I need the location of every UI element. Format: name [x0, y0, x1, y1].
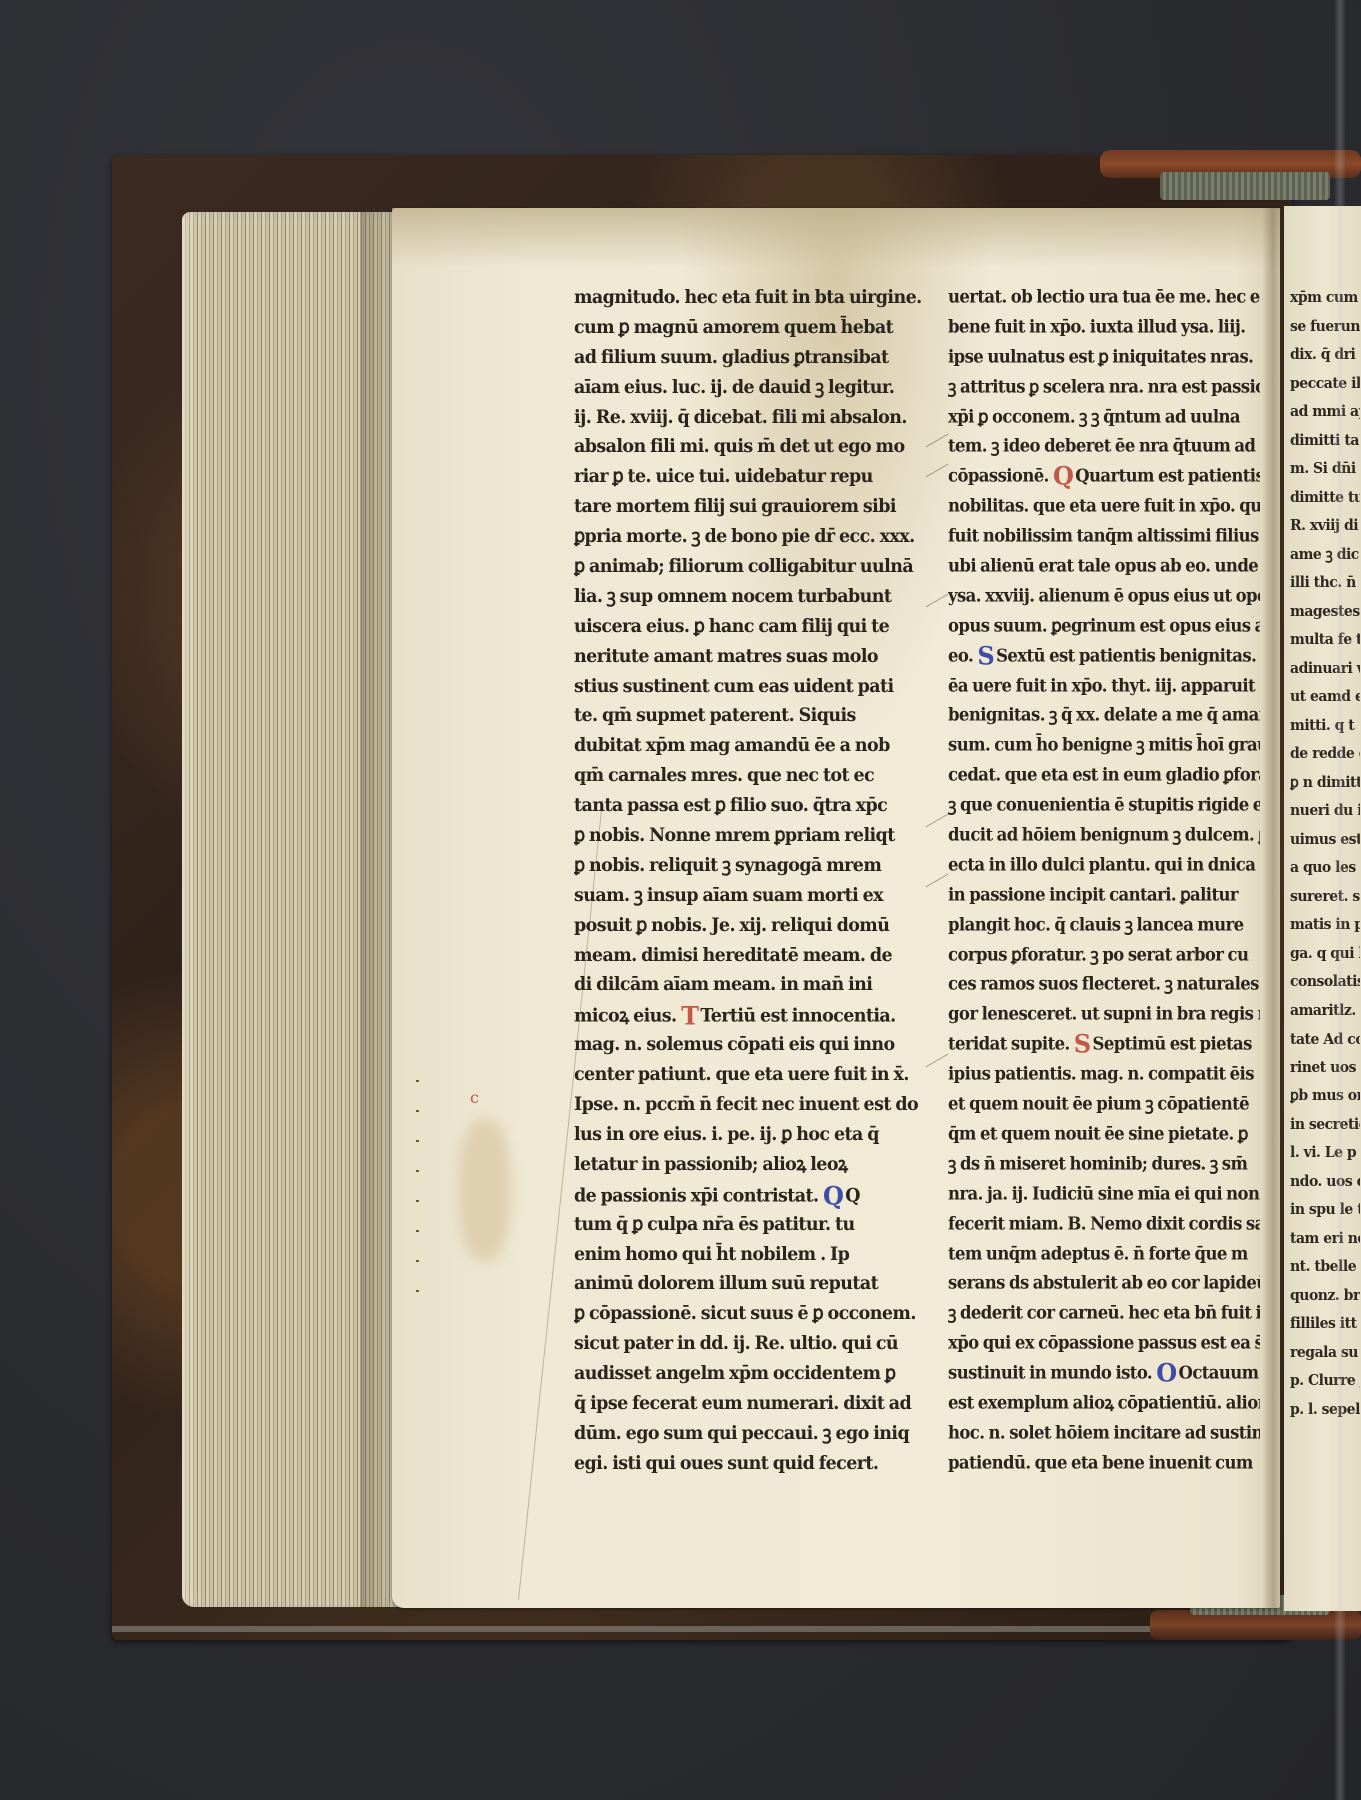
text-line: micoꝝ eius. TTertiū est innocentia. — [574, 1001, 924, 1032]
text-line: ducit ad hōiem benignum ꝫ dulcem. ꝑ — [948, 819, 1260, 850]
decorated-initial-blue: S — [977, 640, 994, 671]
text-line: patiendū. que eta bene inuenit cum — [948, 1447, 1260, 1478]
text-column-left: magnitudo. hec eta fuit in bta uirgine.c… — [574, 284, 924, 1480]
initial-following-text: Tertiū est innocentia. — [700, 1006, 895, 1027]
initial-following-text: Septimū est pietas — [1093, 1034, 1252, 1054]
text-line: se fuerunt it. — [1290, 312, 1360, 342]
text-line: riar ꝑ te. uice tui. uidebatur repu — [574, 463, 924, 494]
initial-following-text: Q — [845, 1185, 860, 1206]
text-line: regala su — [1290, 1338, 1360, 1368]
text-line: sum. cum h̄o benigne ꝫ mitis h̄oī grauis — [948, 730, 1260, 761]
text-line: aīam eius. luc. ij. de dauid ꝫ legitur. — [574, 373, 924, 404]
pricking-mark — [416, 1170, 419, 1172]
text-line: posuit ꝑ nobis. Je. xij. reliqui domū — [574, 911, 924, 942]
text-line: fecerit miam. B. Nemo dixit cordis salu — [948, 1208, 1260, 1239]
text-line: neritute amant matres suas molo — [574, 642, 924, 673]
text-line: p. Clurre ꝫ — [1290, 1366, 1360, 1396]
margin-red-mark: c — [470, 1088, 479, 1107]
text-line: hoc. n. solet hōiem incitare ad sustine — [948, 1417, 1260, 1448]
pricking-mark — [416, 1080, 419, 1082]
text-line: p. l. sepelie tu — [1290, 1395, 1360, 1424]
pricking-mark — [416, 1140, 419, 1142]
text-line: uertat. ob lectio ura tua ēe me. hec eta — [948, 281, 1260, 312]
text-line: ꝑ nobis. reliquit ꝫ synagogā mrem — [574, 851, 924, 882]
text-line: a quo les to — [1290, 853, 1360, 883]
text-line: sureret. st — [1290, 882, 1360, 912]
text-line: corpus ꝑforatur. ꝫ po serat arbor cu — [948, 939, 1260, 970]
text-line: filliles itt — [1290, 1309, 1360, 1339]
text-line: tare mortem filij sui grauiorem sibi — [574, 492, 924, 523]
text-line: bene fuit in xp̄o. iuxta illud ysa. liij… — [948, 311, 1260, 342]
text-line: ndo. uos qu — [1290, 1167, 1360, 1197]
text-line: dix. q̄ dri — [1290, 340, 1360, 370]
decorated-initial-red: S — [1074, 1029, 1091, 1060]
decorated-initial-red: Q — [1053, 461, 1073, 492]
text-line: ame ꝫ dic — [1290, 540, 1360, 570]
text-line: lus in ore eius. i. pe. ij. ꝑ hoc eta q̄ — [574, 1120, 924, 1151]
text-line: m. Si dn̄i — [1290, 454, 1360, 484]
initial-following-text: Sextū est patientis benignitas. h — [996, 645, 1260, 665]
text-line: tanta passa est ꝑ filio suo. q̄tra xp̄c — [574, 791, 924, 822]
text-line: benignitas. ꝫ q̄ xx. delate a me q̄ amar — [948, 700, 1260, 731]
parchment-stain — [460, 1120, 510, 1260]
text-line: ꝫ attritus ꝑ scelera nra. nra est passio — [948, 371, 1260, 402]
text-line: ꝑ nobis. Nonne mrem ꝑpriam reliqt — [574, 821, 924, 852]
text-line: multa fe to — [1290, 625, 1360, 655]
text-line: consolatis — [1290, 967, 1360, 997]
line-text: teridat supite. — [948, 1034, 1070, 1054]
text-line: nt. tbelle n — [1290, 1252, 1360, 1282]
text-line: cedat. que eta est in eum gladio ꝑforat. — [948, 760, 1260, 791]
text-line: ipse uulnatus est ꝑ iniquitates nras. — [948, 341, 1260, 372]
text-line: xp̄i ꝑ occonem. ꝫ ꝫ q̄ntum ad uulna — [948, 401, 1260, 432]
text-line: adinuari vt — [1290, 654, 1360, 684]
text-line: magestes se — [1290, 597, 1360, 627]
text-line: di dilcām aīam meam. in man̄ ini — [574, 971, 924, 1002]
text-line: uiscera eius. ꝑ hanc cam filij qui te — [574, 612, 924, 643]
text-line: q̄ ipse fecerat eum numerari. dixit ad — [574, 1389, 924, 1420]
text-line: cōpassionē. QQuartum est patientis — [948, 461, 1260, 492]
text-line: R. xviij di — [1290, 511, 1360, 541]
text-line: teridat supite. SSeptimū est pietas — [948, 1029, 1260, 1060]
text-line: sustinuit in mundo isto. OOctauum — [948, 1357, 1260, 1388]
text-line: quonz. bre la — [1290, 1281, 1360, 1311]
text-line: ut eamd est — [1290, 682, 1360, 712]
text-line: absalon fili mi. quis m̄ det ut ego mo — [574, 433, 924, 464]
text-line: xp̄o qui ex cōpassione passus est ea s̄ — [948, 1327, 1260, 1358]
decorated-initial-blue: Q — [823, 1180, 843, 1211]
text-line: ꝑpria morte. ꝫ de bono pie dr̄ ecc. xxx. — [574, 522, 924, 553]
initial-following-text: Quartum est patientis — [1075, 466, 1260, 486]
text-line: qm̄ carnales mres. que nec tot ec — [574, 762, 924, 793]
text-line: tate Ad co A — [1290, 1024, 1360, 1054]
line-text: cōpassionē. — [948, 466, 1049, 486]
text-line: in secretid ri — [1290, 1110, 1360, 1140]
text-line: de passionis xp̄i contristat. QQ — [574, 1180, 924, 1211]
text-line: ꝑ cōpassionē. sicut suus ē ꝑ occonem. — [574, 1300, 924, 1331]
pricking-mark — [416, 1200, 419, 1202]
text-line: eo. SSextū est patientis benignitas. h — [948, 640, 1260, 671]
text-line: ꝑ n dimitt ta — [1290, 768, 1360, 798]
text-line: tum q̄ ꝑ culpa nr̄a ēs patitur. tu — [574, 1210, 924, 1241]
text-line: lia. ꝫ sup omnem nocem turbabunt — [574, 582, 924, 613]
text-line: ꝫ ds n̄ miseret hominib; dures. ꝫ sm̄ — [948, 1148, 1260, 1179]
text-line: dimitte tui — [1290, 483, 1360, 513]
text-line: est exemplum alioꝝ cōpatientiū. aliorꝝ — [948, 1387, 1260, 1418]
line-text: tate Ad co — [1290, 1032, 1360, 1049]
line-text: de passionis xp̄i contristat. — [574, 1185, 818, 1206]
text-line: mitti. q t — [1290, 711, 1360, 741]
text-line: nueri du io — [1290, 796, 1360, 826]
text-line: ꝑ animab; filiorum colligabitur uulnā — [574, 552, 924, 583]
text-line: ēa uere fuit in xp̄o. thyt. iij. apparui… — [948, 670, 1260, 701]
text-line: mag. n. solemus cōpati eis qui inno — [574, 1031, 924, 1062]
text-line: Ipse. n. pccm̄ n̄ fecit nec inuent est d… — [574, 1090, 924, 1121]
decorated-initial-blue: O — [1156, 1357, 1176, 1388]
text-line: peccate ill — [1290, 369, 1360, 399]
text-line: nra. ja. ij. Iudiciū sine mīa ei qui non — [948, 1178, 1260, 1209]
text-line: suam. ꝫ insup aīam suam morti ex — [574, 881, 924, 912]
pricking-mark — [416, 1230, 419, 1232]
text-line: sicut pater in dd. ij. Re. ultio. qui cū — [574, 1329, 924, 1360]
text-line: de redde do — [1290, 739, 1360, 769]
text-line: gor lenesceret. ut supni in bra regis mi — [948, 999, 1260, 1030]
text-line: magnitudo. hec eta fuit in bta uirgine. — [574, 283, 924, 314]
text-column-facing-page: xp̄m cum rease fuerunt it.dix. q̄ dripec… — [1290, 284, 1360, 1424]
text-line: rinet uos dr — [1290, 1053, 1360, 1083]
text-line: nobilitas. que eta uere fuit in xp̄o. qu… — [948, 490, 1260, 521]
text-line: ꝫ dederit cor carneū. hec eta bn̄ fuit i — [948, 1298, 1260, 1329]
text-line: te. qm̄ supmet paterent. Siquis — [574, 702, 924, 733]
text-line: ij. Re. xviij. q̄ dicebat. fili mi absal… — [574, 403, 924, 434]
text-line: ecta in illo dulci plantu. qui in dnica — [948, 849, 1260, 880]
text-line: tem unq̄m adeptus ē. n̄ forte q̄ue m — [948, 1238, 1260, 1269]
glass-plate-edge — [1335, 0, 1345, 1800]
headband-top — [1160, 172, 1330, 200]
text-line: cum ꝑ magnū amorem quem h̄ebat — [574, 313, 924, 344]
text-line: matis in pe — [1290, 910, 1360, 940]
text-line: ga. q qui lig — [1290, 939, 1360, 969]
text-line: stius sustinent cum eas uident pati — [574, 672, 924, 703]
text-line: q̄m et quem nouit ēe sine pietate. ꝑ — [948, 1118, 1260, 1149]
text-line: opus suum. ꝑegrinum est opus eius ab — [948, 610, 1260, 641]
line-text: micoꝝ eius. — [574, 1006, 677, 1027]
decorated-initial-red: T — [681, 1001, 698, 1032]
text-line: animū dolorem illum suū reputat — [574, 1270, 924, 1301]
text-line: ꝑb mus on — [1290, 1081, 1360, 1111]
text-line: amaritlz. li — [1290, 996, 1360, 1026]
text-line: ubi alienū erat tale opus ab eo. unde — [948, 550, 1260, 581]
text-line: uimus est ut — [1290, 825, 1360, 855]
initial-following-text: Octauum — [1179, 1363, 1259, 1383]
gutter-shadow — [1262, 208, 1284, 1608]
text-line: meam. dimisi hereditatē meam. de — [574, 941, 924, 972]
text-line: in spu le ta — [1290, 1195, 1360, 1225]
text-line: l. vi. Le p rc — [1290, 1138, 1360, 1168]
text-line: dūm. ego sum qui peccaui. ꝫ ego iniq — [574, 1419, 924, 1450]
text-line: dimitti ta — [1290, 426, 1360, 456]
cover-board-edge — [112, 1626, 1292, 1632]
text-line: ad mmi ap — [1290, 397, 1360, 427]
text-line: ces ramos suos flecteret. ꝫ naturales ri — [948, 969, 1260, 1000]
text-line: egi. isti qui oues sunt quid fecert. — [574, 1449, 924, 1480]
text-line: dubitat xp̄m mag amandū ēe a nob — [574, 732, 924, 763]
text-line: tem. ꝫ ideo deberet ēe nra q̄tuum ad — [948, 431, 1260, 462]
text-line: fuit nobilissim tanq̄m altissimi filius. — [948, 520, 1260, 551]
text-line: ipius patientis. mag. n. compatit ēis — [948, 1058, 1260, 1089]
pricking-mark — [416, 1290, 419, 1292]
text-line: letatur in passionib; alioꝝ leoꝝ — [574, 1150, 924, 1181]
text-line: audisset angelm xp̄m occidentem ꝑ — [574, 1359, 924, 1390]
text-line: plangit hoc. q̄ clauis ꝫ lancea mure — [948, 909, 1260, 940]
water-stain-top — [392, 208, 1280, 268]
text-line: xp̄m cum rea — [1290, 284, 1360, 313]
text-line: tam eri ne — [1290, 1224, 1360, 1254]
pricking-mark — [416, 1260, 419, 1262]
text-column-right: uertat. ob lectio ura tua ēe me. hec eta… — [948, 282, 1260, 1478]
text-line: ꝫ que conuenientia ē stupitis rigide ex — [948, 789, 1260, 820]
text-line: illi thc. n̄ du — [1290, 568, 1360, 598]
line-text: eo. — [948, 645, 973, 665]
line-text: sustinuit in mundo isto. — [948, 1363, 1152, 1383]
pricking-mark — [416, 1110, 419, 1112]
text-line: et quem nouit ēe pium ꝫ cōpatientē — [948, 1088, 1260, 1119]
text-line: in passione incipit cantari. ꝑalitur — [948, 879, 1260, 910]
text-line: serans ds abstulerit ab eo cor lapideū. — [948, 1268, 1260, 1299]
text-line: center patiunt. que eta uere fuit in x̄. — [574, 1060, 924, 1091]
text-line: enim homo qui h̄t nobilem . Ip — [574, 1240, 924, 1271]
text-line: ysa. xxviij. alienum ē opus eius ut opet — [948, 580, 1260, 611]
text-line: ad filium suum. gladius ꝑtransibat — [574, 343, 924, 374]
